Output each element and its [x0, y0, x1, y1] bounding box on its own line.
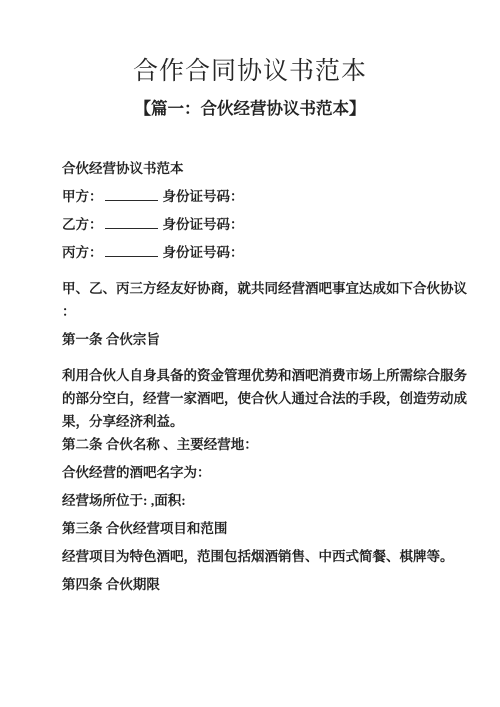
- paragraph-line: 的部分空白，经营一家酒吧，使合伙人通过合法的手段，创造劳动成: [62, 387, 470, 410]
- paragraph-line: 果，分享经济利益。: [62, 410, 470, 433]
- document-body: 合伙经营协议书范本 甲方：身份证号码： 乙方：身份证号码： 丙方：身份证号码： …: [62, 157, 470, 596]
- party-row-yi: 乙方：身份证号码：: [62, 213, 470, 236]
- party-row-jia: 甲方：身份证号码：: [62, 185, 470, 208]
- paragraph-line: ：: [62, 300, 470, 323]
- party-label: 丙方：: [62, 245, 103, 260]
- blank-underline: [105, 215, 158, 229]
- document-title: 合作合同协议书范本: [0, 0, 500, 88]
- paragraph-purpose: 利用合伙人自身具备的资金管理优势和酒吧消费市场上所需综合服务 的部分空白，经营一…: [62, 364, 470, 433]
- paragraph-bar-name: 合伙经营的酒吧名字为：: [62, 461, 470, 484]
- paragraph-line: 经营项目为特色酒吧，范围包括烟酒销售、中西式简餐、棋牌等。: [62, 545, 470, 568]
- paragraph-location: 经营场所位于: ,面积:: [62, 489, 470, 512]
- id-number-label: 身份证号码：: [163, 245, 244, 260]
- clause-heading-4: 第四条 合伙期限: [62, 573, 470, 596]
- party-row-bing: 丙方：身份证号码：: [62, 241, 470, 264]
- blank-underline: [105, 187, 158, 201]
- heading-line: 第四条 合伙期限: [62, 573, 470, 596]
- paragraph-intro: 甲、乙、丙三方经友好协商，就共同经营酒吧事宜达成如下合伙协议 ：: [62, 277, 470, 323]
- blank-underline: [105, 243, 158, 257]
- party-label: 乙方：: [62, 217, 103, 232]
- paragraph-business-scope: 经营项目为特色酒吧，范围包括烟酒销售、中西式简餐、棋牌等。: [62, 545, 470, 568]
- heading-line: 第一条 合伙宗旨: [62, 328, 470, 351]
- clause-heading-3: 第三条 合伙经营项目和范围: [62, 517, 470, 540]
- heading-line: 第三条 合伙经营项目和范围: [62, 517, 470, 540]
- paragraph-line: 经营场所位于: ,面积:: [62, 489, 470, 512]
- id-number-label: 身份证号码：: [163, 217, 244, 232]
- party-label: 甲方：: [62, 189, 103, 204]
- paragraph-line: 甲、乙、丙三方经友好协商，就共同经营酒吧事宜达成如下合伙协议: [62, 277, 470, 300]
- clause-heading-1: 第一条 合伙宗旨: [62, 328, 470, 351]
- paragraph-line: 利用合伙人自身具备的资金管理优势和酒吧消费市场上所需综合服务: [62, 364, 470, 387]
- clause-heading-2: 第二条 合伙名称 、主要经营地：: [62, 433, 470, 456]
- document-page: 合作合同协议书范本 【篇一：合伙经营协议书范本】 合伙经营协议书范本 甲方：身份…: [0, 0, 500, 707]
- heading-line: 第二条 合伙名称 、主要经营地：: [62, 433, 470, 456]
- doc-heading: 合伙经营协议书范本: [62, 157, 470, 180]
- document-subtitle: 【篇一：合伙经营协议书范本】: [0, 97, 500, 120]
- id-number-label: 身份证号码：: [163, 189, 244, 204]
- paragraph-line: 合伙经营的酒吧名字为：: [62, 461, 470, 484]
